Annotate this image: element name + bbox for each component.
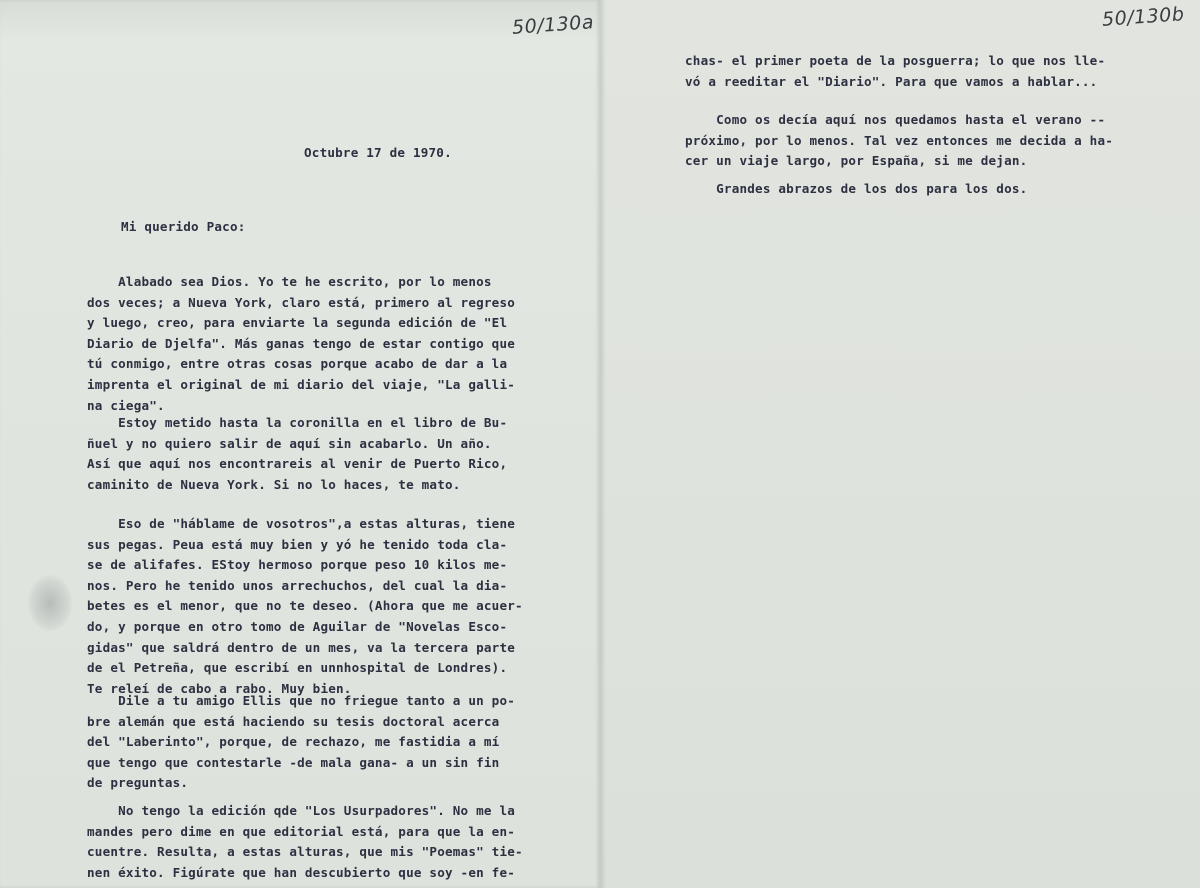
paragraph: Como os decía aquí nos quedamos hasta el… (685, 110, 1113, 172)
letter-greeting: Mi querido Paco: (121, 217, 246, 238)
paragraph: No tengo la edición qde "Los Usurpadores… (87, 801, 523, 883)
paragraph: Estoy metido hasta la coronilla en el li… (87, 413, 507, 495)
paragraph: chas- el primer poeta de la posguerra; l… (685, 51, 1105, 92)
page-crease (600, 0, 606, 888)
right-page: 50/130b chas- el primer poeta de la posg… (600, 0, 1200, 888)
paper-bleed-through (0, 0, 600, 40)
letter-spread: 50/130a Octubre 17 de 1970. Mi querido P… (0, 0, 1200, 888)
left-page: 50/130a Octubre 17 de 1970. Mi querido P… (0, 0, 600, 888)
letter-date: Octubre 17 de 1970. (304, 143, 452, 164)
ink-smudge (28, 575, 72, 631)
paragraph: Dile a tu amigo Ellis que no friegue tan… (87, 691, 515, 794)
paragraph: Eso de "háblame de vosotros",a estas alt… (87, 514, 523, 699)
paragraph: Alabado sea Dios. Yo te he escrito, por … (87, 272, 515, 416)
closing-line: Grandes abrazos de los dos para los dos. (685, 179, 1027, 200)
folio-number: 50/130b (1101, 3, 1185, 31)
